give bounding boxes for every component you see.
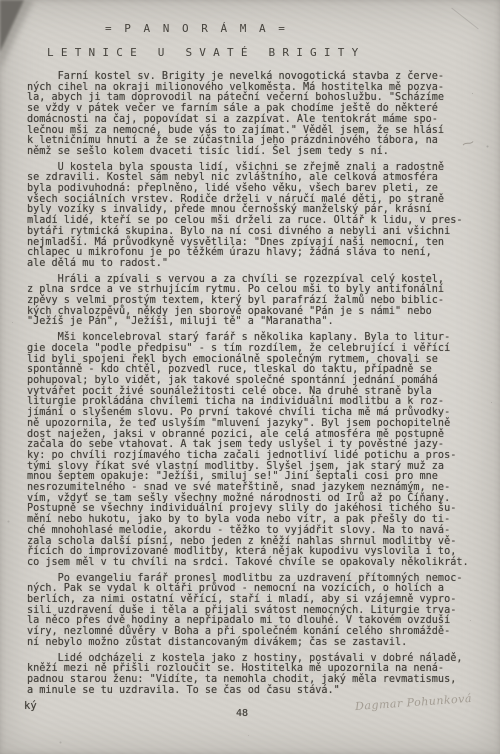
paragraph: Farní kostel sv. Brigity je nevelká novo… [27, 72, 485, 158]
scanned-document-page: ⁓ = P A N O R Á M A = L E T N I C E U S … [0, 0, 500, 754]
scan-speckles [0, 0, 1, 1]
page-number: 48 [236, 708, 248, 719]
paragraph: Hráli a zpívali s vervou a za chvíli se … [27, 275, 485, 329]
paragraph: Po evangeliu farář pronesl modlitbu za u… [27, 574, 485, 649]
paragraph: Mši koncelebroval starý farář s několika… [27, 333, 485, 568]
article: = P A N O R Á M A = L E T N I C E U S V … [27, 22, 485, 701]
paragraph: U kostela byla spousta lidí, všichni se … [27, 163, 485, 270]
paragraph: Lidé odcházeli z kostela jako z hostiny,… [27, 654, 485, 697]
author-initials: ký [24, 700, 37, 712]
article-body: Farní kostel sv. Brigity je nevelká novo… [27, 72, 485, 696]
article-title: L E T N I C E U S V A T É B R I G I T Y [47, 46, 485, 59]
masthead-title: = P A N O R Á M A = [105, 22, 485, 35]
corner-fold [0, 0, 24, 52]
